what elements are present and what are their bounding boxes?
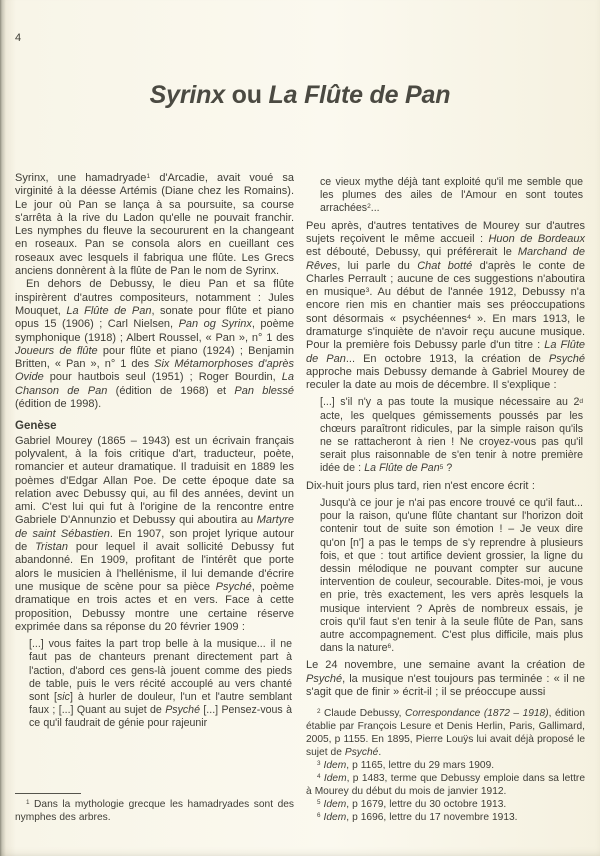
text-run: Tristan	[35, 541, 68, 553]
text-run: Psyché	[165, 704, 200, 716]
text-run: pour hautbois seul (1951) ; Roger Bourdi…	[44, 371, 282, 383]
text-run: Psyché	[306, 673, 342, 685]
text-run: d'Arcadie, avait voué sa virginité à la …	[15, 172, 294, 277]
footnote-ref: 5	[440, 464, 444, 471]
blockquote: [...] vous faites la part trop belle à l…	[29, 638, 292, 730]
text-run: Idem	[324, 760, 347, 771]
footnote-ref: 4	[467, 314, 471, 321]
footnote: 1 Dans la mythologie grecque les hamadry…	[15, 798, 294, 824]
text-run: La Flûte de Pan	[364, 462, 439, 474]
footnote-rule	[15, 793, 81, 794]
text-run: sic	[57, 691, 70, 703]
text-run: (édition de 1968) et	[107, 385, 234, 397]
blockquote: Jusqu'à ce jour je n'ai pas encore trouv…	[320, 497, 583, 655]
text-run: Idem	[324, 799, 347, 810]
paragraph: Le 24 novembre, une semaine avant la cré…	[306, 659, 585, 699]
text-run: ...	[371, 202, 380, 214]
footnote-ref: 1	[146, 173, 150, 180]
page-title: Syrinx ou La Flûte de Pan	[0, 81, 600, 110]
paragraph: Gabriel Mourey (1865 – 1943) est un écri…	[15, 435, 294, 634]
text-run: est débouté, Debussy, qui préférerait le	[306, 246, 518, 258]
footnote-ref: 4	[317, 773, 321, 780]
text-run: Psyché	[216, 581, 252, 593]
left-column: Syrinx, une hamadryade1 d'Arcadie, avait…	[15, 172, 294, 824]
footnote-ref: 3	[317, 760, 321, 767]
footnote-ref: 6	[317, 812, 321, 819]
text-run: Idem	[324, 812, 347, 823]
text-run: , p 1165, lettre du 29 mars 1909.	[346, 760, 494, 771]
footnote: 2 Claude Debussy, Correspondance (1872 –…	[306, 707, 585, 759]
text-run: Psyché	[549, 353, 585, 365]
text-run: Pan og Syrinx	[179, 318, 252, 330]
text-run: , p 1696, lettre du 17 novembre 1913.	[346, 812, 517, 823]
text-run: .	[378, 747, 381, 758]
text-run: Joueurs de flûte	[15, 345, 98, 357]
paragraph: En dehors de Debussy, le dieu Pan et sa …	[15, 278, 294, 411]
page-number: 4	[15, 32, 21, 44]
text-run: Idem	[324, 773, 347, 784]
text-run: Psyché	[345, 747, 378, 758]
text-run: Dans la mythologie grecque les hamadryad…	[15, 799, 294, 823]
text-run: Gabriel Mourey (1865 – 1943) est un écri…	[15, 435, 294, 527]
footnote-ref: d	[579, 398, 583, 405]
book-page: 4 Syrinx ou La Flûte de Pan Syrinx, une …	[0, 0, 600, 856]
footnote-ref: 6	[388, 643, 392, 650]
text-run: La Flûte de Pan	[66, 305, 151, 317]
text-run: Pan blessé	[234, 385, 294, 397]
text-run: (édition de 1998).	[15, 398, 101, 410]
text-run: Syrinx	[150, 81, 225, 109]
footnote-ref: 1	[26, 799, 30, 806]
footnote: 5 Idem, p 1679, lettre du 30 octobre 191…	[306, 798, 585, 811]
paragraph: Dix-huit jours plus tard, rien n'est enc…	[306, 480, 585, 493]
text-run: Correspondance (1872 – 1918)	[405, 708, 549, 719]
text-run: [...] s'il n'y a pas toute la musique né…	[320, 396, 579, 408]
text-run: Dix-huit jours plus tard, rien n'est enc…	[306, 480, 535, 492]
footnote-ref: 2	[317, 708, 321, 715]
text-run: Le 24 novembre, une semaine avant la cré…	[306, 659, 585, 671]
section-heading: Genèse	[15, 420, 294, 433]
text-run: ou	[225, 81, 269, 109]
footnote-ref: 2	[367, 203, 371, 210]
blockquote: [...] s'il n'y a pas toute la musique né…	[320, 396, 583, 475]
footnote: 6 Idem, p 1696, lettre du 17 novembre 19…	[306, 811, 585, 824]
text-run: La Flûte de Pan	[269, 81, 451, 109]
text-run: , la musique n'est toujours pas terminée…	[306, 673, 585, 698]
text-run: Claude Debussy,	[321, 708, 406, 719]
text-run: approche mais Debussy demande à Gabriel …	[306, 366, 585, 391]
text-run: Genèse	[15, 420, 57, 432]
text-run: .	[391, 642, 394, 654]
text-run: ?	[443, 462, 452, 474]
paragraph: Peu après, d'autres tentatives de Mourey…	[306, 220, 585, 393]
blockquote: ce vieux mythe déjà tant exploité qu'il …	[320, 176, 583, 216]
left-column-footnotes: 1 Dans la mythologie grecque les hamadry…	[15, 781, 294, 824]
footnote: 4 Idem, p 1483, terme que Debussy emploi…	[306, 772, 585, 798]
text-columns: Syrinx, une hamadryade1 d'Arcadie, avait…	[15, 172, 585, 824]
text-run: Chat botté	[417, 260, 472, 272]
text-run: Jusqu'à ce jour je n'ai pas encore trouv…	[320, 497, 583, 654]
text-run: ce vieux mythe déjà tant exploité qu'il …	[320, 176, 583, 214]
footnote: 3 Idem, p 1165, lettre du 29 mars 1909.	[306, 759, 585, 772]
right-column: ce vieux mythe déjà tant exploité qu'il …	[306, 172, 585, 824]
footnote-ref: 3	[366, 287, 370, 294]
text-run: Huon de Bordeaux	[488, 233, 585, 245]
text-run: Syrinx, une hamadryade	[15, 172, 146, 184]
footnote-ref: 5	[317, 799, 321, 806]
text-run: , p 1679, lettre du 30 octobre 1913.	[346, 799, 506, 810]
left-column-body: Syrinx, une hamadryade1 d'Arcadie, avait…	[15, 172, 294, 735]
paragraph: Syrinx, une hamadryade1 d'Arcadie, avait…	[15, 172, 294, 278]
text-run: , p 1483, terme que Debussy emploie dans…	[306, 773, 585, 797]
text-run: ... En octobre 1913, la création de	[346, 353, 549, 365]
text-run: , lui parle du	[337, 260, 417, 272]
